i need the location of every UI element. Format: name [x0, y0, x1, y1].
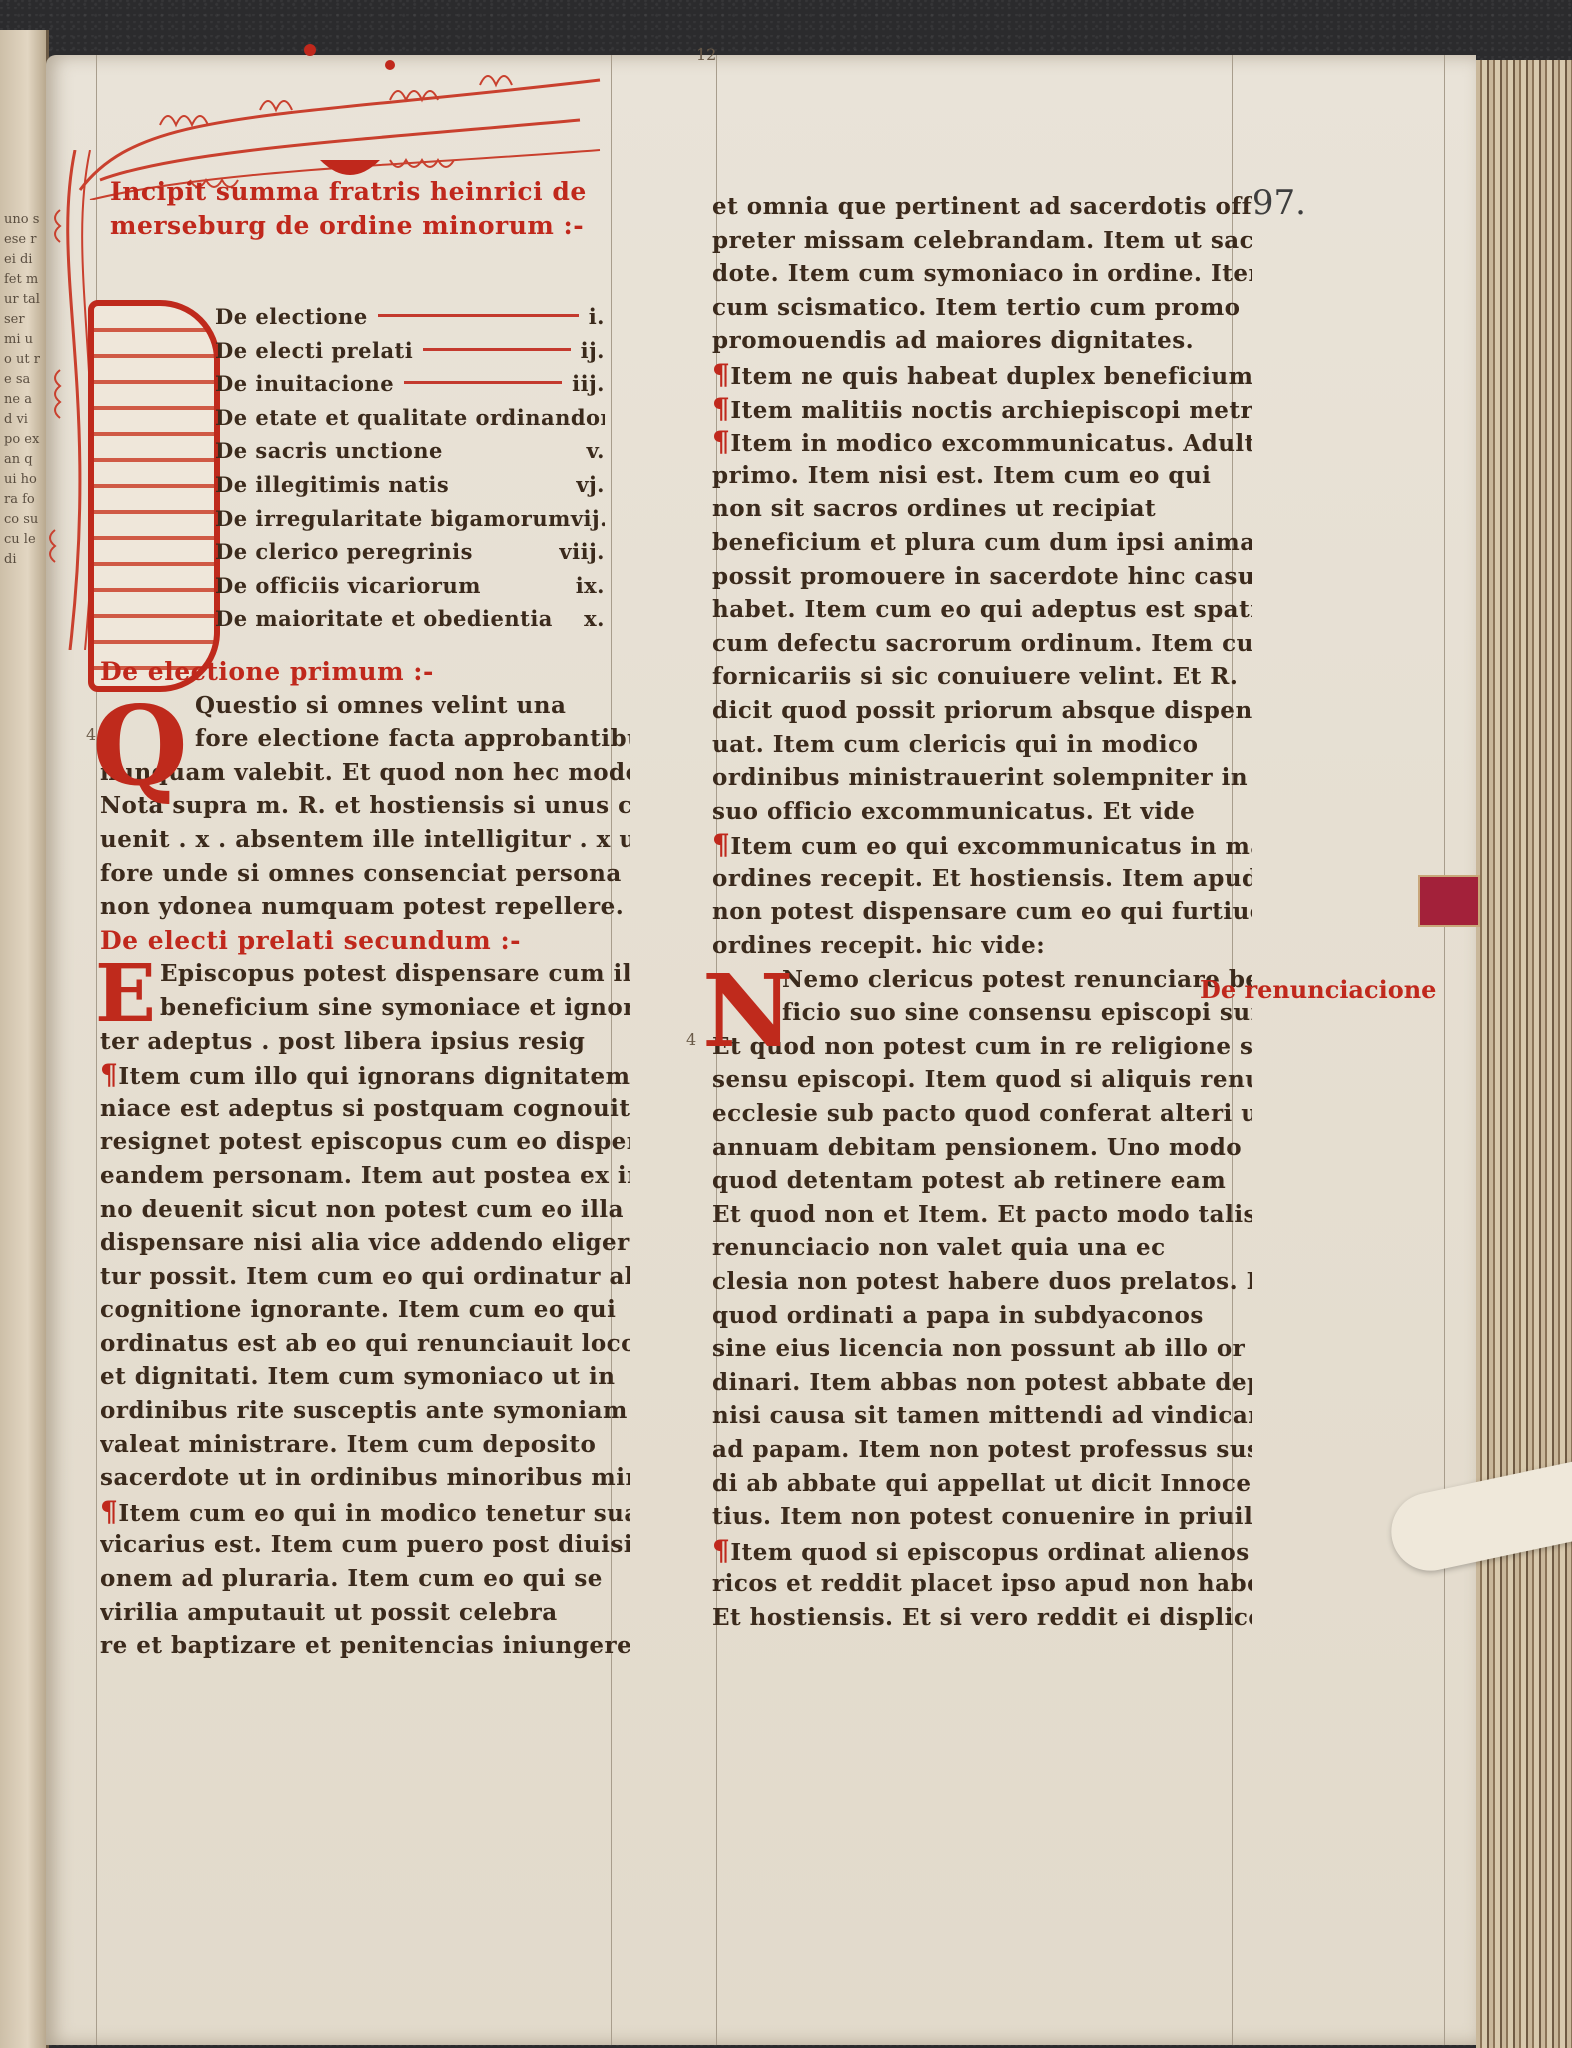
text-line: beneficium et plura cum dum ipsi animam — [712, 526, 1252, 560]
text-line: dicit quod possit priorum absque dispens… — [712, 694, 1252, 728]
text-line: eandem personam. Item aut postea ex inde — [100, 1159, 630, 1193]
margin-note: 4 — [686, 1030, 696, 1049]
text-line: ¶Item quod si episcopus ordinat alienos … — [712, 1534, 1252, 1568]
incipit-line-1: Incipit summa fratris heinrici de — [110, 175, 630, 209]
text-line: Episcopus potest dispensare cum illo qui — [100, 957, 630, 991]
text-line: Et hostiensis. Et si vero reddit ei disp… — [712, 1601, 1252, 1635]
left-column: De electione primum :- Q Questio si omne… — [100, 655, 630, 1663]
decorated-initial-D — [88, 300, 220, 692]
text-line: dinari. Item abbas non potest abbate dep… — [712, 1366, 1252, 1400]
toc-item: De maioritate et obedientiax. — [215, 602, 605, 636]
toc-item: De electionei. — [215, 300, 605, 334]
page-stack-fore-edge — [1476, 60, 1572, 2048]
paragraph-mark-icon: ¶ — [100, 1495, 118, 1528]
toc-item: De sacris unctionev. — [215, 434, 605, 468]
text-line: di ab abbate qui appellat ut dicit Innoc… — [712, 1467, 1252, 1501]
table-of-contents: De electionei. De electi prelatiij. De i… — [215, 300, 605, 636]
paragraph-mark-icon: ¶ — [712, 392, 730, 425]
paragraph-mark-icon: ¶ — [712, 425, 730, 458]
text-line: onem ad pluraria. Item cum eo qui se — [100, 1562, 630, 1596]
toc-item: De electi prelatiij. — [215, 334, 605, 368]
text-line: ¶Item cum illo qui ignorans dignitatem s… — [100, 1058, 630, 1092]
text-line: ordinibus rite susceptis ante symoniam — [100, 1394, 630, 1428]
toc-item: De clerico peregrinisviij. — [215, 535, 605, 569]
text-line: dispensare nisi alia vice addendo eliger… — [100, 1226, 630, 1260]
red-initial-N: N — [702, 961, 794, 1061]
text-line: vicarius est. Item cum puero post diuisi — [100, 1528, 630, 1562]
text-line: quod ordinati a papa in subdyaconos — [712, 1299, 1252, 1333]
text-line: nisi causa sit tamen mittendi ad vindica… — [712, 1399, 1252, 1433]
text-line: ordinatus est ab eo qui renunciauit loco — [100, 1327, 630, 1361]
text-line: tius. Item non potest conuenire in priui… — [712, 1500, 1252, 1534]
right-column: et omnia que pertinent ad sacerdotis off… — [712, 190, 1252, 1635]
section-heading: De electi prelati secundum :- — [100, 924, 630, 958]
text-line: ¶Item cum eo qui excommunicatus in maior… — [712, 828, 1252, 862]
text-line: cognitione ignorante. Item cum eo qui — [100, 1293, 630, 1327]
section-renunciacione: N Nemo clericus potest renunciare bene f… — [712, 963, 1252, 1635]
text-line: tur possit. Item cum eo qui ordinatur ab — [100, 1260, 630, 1294]
red-initial-E: E — [95, 953, 156, 1033]
text-line: beneficium sine symoniace et ignoran — [100, 991, 630, 1025]
toc-leader — [378, 300, 579, 317]
text-line: non ydonea numquam potest repellere. Et … — [100, 890, 630, 924]
text-line: fore unde si omnes consenciat persona — [100, 857, 630, 891]
toc-leader — [404, 367, 562, 384]
text-line: suo officio excommunicatus. Et vide — [712, 795, 1252, 829]
toc-item: De inuitacioneiij. — [215, 367, 605, 401]
text-line: ter adeptus . post libera ipsius resig — [100, 1025, 630, 1059]
text-line: resignet potest episcopus cum eo dispens… — [100, 1125, 630, 1159]
text-line: sacerdote ut in ordinibus minoribus mini… — [100, 1461, 630, 1495]
text-line: dote. Item cum symoniaco in ordine. Item — [712, 257, 1252, 291]
text-line: re et baptizare et penitencias iniungere — [100, 1629, 630, 1663]
margin-note: 12 — [696, 45, 716, 64]
text-line: possit promouere in sacerdote hinc casum — [712, 560, 1252, 594]
left-page-text-fragment: uno sese rei di fet mur tal ser mi uo ut… — [4, 210, 40, 570]
text-line: habet. Item cum eo qui adeptus est spati… — [712, 593, 1252, 627]
text-line: quod detentam potest ab retinere eam — [712, 1164, 1252, 1198]
text-line: ad papam. Item non potest professus susp… — [712, 1433, 1252, 1467]
toc-item: De illegitimis natisvj. — [215, 468, 605, 502]
text-line: ricos et reddit placet ipso apud non hab… — [712, 1567, 1252, 1601]
toc-leader — [423, 334, 570, 351]
toc-item: De irregularitate bigamorumvij. — [215, 502, 605, 536]
incipit-line-2: merseburg de ordine minorum :- — [110, 209, 630, 243]
incipit-rubric: Incipit summa fratris heinrici de merseb… — [110, 175, 630, 242]
marginal-rubric: De renunciacione — [1200, 975, 1436, 1004]
text-line: ¶Item in modico excommunicatus. Adulteri… — [712, 425, 1252, 459]
text-line: ordines recepit. Et hostiensis. Item apu… — [712, 862, 1252, 896]
text-line: non sit sacros ordines ut recipiat — [712, 492, 1252, 526]
text-line: ¶Item ne quis habeat duplex beneficium — [712, 358, 1252, 392]
text-line: cum defectu sacrorum ordinum. Item cum — [712, 627, 1252, 661]
red-page-tab[interactable] — [1418, 875, 1480, 927]
toc-item: De etate et qualitate ordinandorumiiij. — [215, 401, 605, 435]
text-line: renunciacio non valet quia una ec — [712, 1231, 1252, 1265]
text-line: sine eius licencia non possunt ab illo o… — [712, 1332, 1252, 1366]
text-line: et omnia que pertinent ad sacerdotis off… — [712, 190, 1252, 224]
ruling-vertical — [1444, 55, 1445, 2045]
text-line: Et quod non et Item. Et pacto modo talis — [712, 1198, 1252, 1232]
text-line: fornicariis si sic conuiuere velint. Et … — [712, 660, 1252, 694]
text-line: valeat ministrare. Item cum deposito — [100, 1428, 630, 1462]
paragraph-mark-icon: ¶ — [712, 358, 730, 391]
text-line: ¶Item malitiis noctis archiepiscopi metr… — [712, 392, 1252, 426]
red-initial-Q: Q — [92, 691, 188, 801]
text-line: et dignitati. Item cum symoniaco ut in — [100, 1360, 630, 1394]
text-line: virilia amputauit ut possit celebra — [100, 1596, 630, 1630]
text-line: ecclesie sub pacto quod conferat alteri … — [712, 1097, 1252, 1131]
text-line: niace est adeptus si postquam cognouit s… — [100, 1092, 630, 1126]
folio-number: 97. — [1252, 183, 1306, 223]
text-line: annuam debitam pensionem. Uno modo — [712, 1131, 1252, 1165]
paragraph-mark-icon: ¶ — [100, 1058, 118, 1091]
text-line: uat. Item cum clericis qui in modico — [712, 728, 1252, 762]
text-line: preter missam celebrandam. Item ut sacer — [712, 224, 1252, 258]
text-line: cum scismatico. Item tertio cum promo — [712, 291, 1252, 325]
text-line: promouendis ad maiores dignitates. — [712, 324, 1252, 358]
text-line: ordinibus ministrauerint solempniter in — [712, 761, 1252, 795]
paragraph-mark-icon: ¶ — [712, 828, 730, 861]
toc-item: De officiis vicariorumix. — [215, 569, 605, 603]
text-line: uenit . x . absentem ille intelligitur .… — [100, 823, 630, 857]
section-2-body: E Episcopus potest dispensare cum illo q… — [100, 957, 630, 1662]
text-line: primo. Item nisi est. Item cum eo qui — [712, 459, 1252, 493]
text-line: ¶Item cum eo qui in modico tenetur sua — [100, 1495, 630, 1529]
text-line: clesia non potest habere duos prelatos. … — [712, 1265, 1252, 1299]
paragraph-mark-icon: ¶ — [712, 1534, 730, 1567]
text-line: no deuenit sicut non potest cum eo illa … — [100, 1193, 630, 1227]
text-line: non potest dispensare cum eo qui furtiue — [712, 895, 1252, 929]
